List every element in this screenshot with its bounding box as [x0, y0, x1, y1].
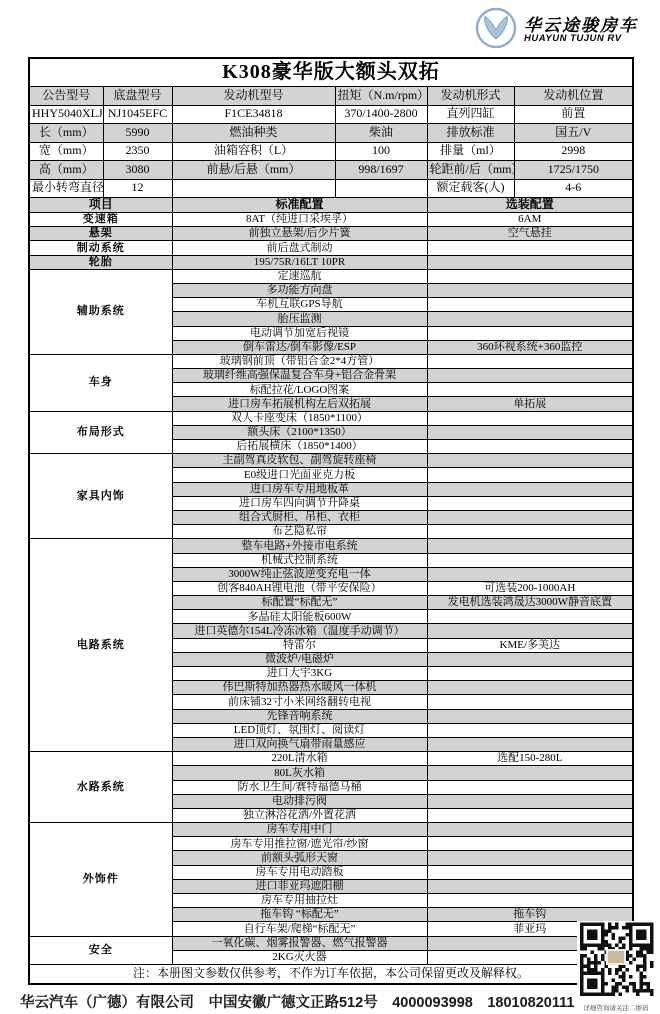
config-standard-cell: 玻璃钢前顶（带铝合金2*4方管） — [172, 354, 427, 368]
config-optional-cell — [427, 354, 633, 368]
config-standard-cell: 前额头弧形天窗 — [172, 851, 427, 865]
spec-value-cell: 370/1400-2800 — [335, 105, 427, 124]
spec-value-cell: 直列四缸 — [427, 105, 514, 124]
spec-value-cell — [335, 179, 427, 198]
page-title: K308豪华版大额头双拓 — [29, 58, 633, 87]
config-standard-cell: 电动调节加宽后视镜 — [172, 326, 427, 340]
config-standard-cell: LED顶灯、氛围灯、阅读灯 — [172, 723, 427, 737]
spec-value-cell: 高（mm） — [29, 161, 103, 180]
config-category: 制动系统 — [29, 241, 172, 255]
config-optional-cell — [427, 667, 633, 681]
config-standard-cell: 定速巡航 — [172, 269, 427, 283]
config-optional-cell — [427, 652, 633, 666]
spec-header-cell: 公告型号 — [29, 87, 103, 106]
config-optional-cell — [427, 440, 633, 454]
spec-value-cell: 燃油种类 — [172, 124, 335, 143]
spec-value-cell: 排放标准 — [427, 124, 514, 143]
config-category: 车身 — [29, 354, 172, 411]
config-optional-cell — [427, 681, 633, 695]
config-standard-cell: 进口房车专用地板革 — [172, 482, 427, 496]
spec-header-cell: 底盘型号 — [103, 87, 172, 106]
config-standard-cell: 多晶硅太阳能板600W — [172, 610, 427, 624]
config-category: 水路系统 — [29, 752, 172, 823]
config-optional-cell — [427, 865, 633, 879]
config-header-item: 项目 — [29, 198, 172, 213]
spec-value-cell: 1725/1750 — [514, 161, 633, 180]
config-optional-cell — [427, 496, 633, 510]
config-optional-cell — [427, 894, 633, 908]
config-optional-cell — [427, 383, 633, 397]
config-standard-cell: 组合式厨柜、吊柜、衣柜 — [172, 510, 427, 524]
config-standard-cell: 标配置“标配无” — [172, 596, 427, 610]
config-optional-cell — [427, 808, 633, 822]
config-optional-cell — [427, 624, 633, 638]
config-optional-cell: 空气悬挂 — [427, 227, 633, 241]
config-category: 变速箱 — [29, 213, 172, 227]
config-standard-cell: 进口房车四向调节升降桌 — [172, 496, 427, 510]
company-footer: 华云汽车（广德）有限公司 中国安徽广德文正路512号 4000093998 18… — [20, 991, 640, 1012]
config-optional-cell — [427, 610, 633, 624]
table-row: 最小转弯直径（m）12额定载客(人)4-6 — [29, 179, 633, 198]
table-row: 外饰件房车专用中门 — [29, 823, 633, 837]
config-standard-cell: 胎压监测 — [172, 312, 427, 326]
note-text: 注：本册图文参数仅供参考，不作为订车依据，本公司保留更改及解释权。 — [29, 964, 633, 984]
spec-value-cell: NJ1045EFC — [103, 105, 172, 124]
spec-value-cell: 长（mm） — [29, 124, 103, 143]
config-optional-cell — [427, 723, 633, 737]
table-row: 变速箱8AT（纯进口采埃孚）6AM — [29, 213, 633, 227]
spec-value-cell: 最小转弯直径（m） — [29, 179, 103, 198]
config-standard-cell: 进口菲亚玛遮阳棚 — [172, 879, 427, 893]
brand-logo: 华云途骏房车 HUAYUN TUJUN RV — [475, 7, 638, 54]
spec-value-cell: 排量（ml） — [427, 142, 514, 161]
config-standard-cell: 主副驾真皮软包、副驾旋转座椅 — [172, 454, 427, 468]
spec-value-cell: 前悬/后悬（mm） — [172, 161, 335, 180]
config-standard-cell: 先锋音响系统 — [172, 709, 427, 723]
config-category: 外饰件 — [29, 823, 172, 937]
config-optional-cell — [427, 269, 633, 283]
spec-table: K308豪华版大额头双拓 公告型号底盘型号发动机型号扭矩（N.m/rpm）发动机… — [28, 57, 634, 985]
table-row: 轮胎195/75R/16LT 10PR — [29, 255, 633, 269]
config-optional-cell — [427, 326, 633, 340]
config-optional-cell — [427, 312, 633, 326]
config-standard-cell: 80L灰水箱 — [172, 766, 427, 780]
spec-sheet-page: 华云途骏房车 HUAYUN TUJUN RV K308豪华版大额头双拓 公告型号… — [0, 0, 660, 1014]
config-optional-cell — [427, 879, 633, 893]
table-row: K308豪华版大额头双拓 — [29, 58, 633, 87]
table-row: 高（mm）3080前悬/后悬（mm）998/1697轮距前/后（mm）1725/… — [29, 161, 633, 180]
config-optional-cell — [427, 823, 633, 837]
config-category: 安全 — [29, 936, 172, 964]
table-row: HHY5040XLJCNJ1045EFCF1CE34818370/1400-28… — [29, 105, 633, 124]
spec-value-cell: 12 — [103, 179, 172, 198]
config-optional-cell — [427, 454, 633, 468]
spec-table-wrapper: K308豪华版大额头双拓 公告型号底盘型号发动机型号扭矩（N.m/rpm）发动机… — [28, 57, 632, 985]
config-standard-cell: 房车专用抽拉灶 — [172, 894, 427, 908]
config-standard-cell: 房车专用中门 — [172, 823, 427, 837]
spec-value-cell: 宽（mm） — [29, 142, 103, 161]
config-optional-cell — [427, 241, 633, 255]
config-optional-cell: KME/多美达 — [427, 638, 633, 652]
config-standard-cell: 倒车雷达/倒车影像/ESP — [172, 340, 427, 354]
config-optional-cell: 拖车钩 — [427, 908, 633, 922]
config-category: 电路系统 — [29, 539, 172, 752]
config-standard-cell: 自行车架/爬梯“标配无” — [172, 922, 427, 936]
config-standard-cell: 额头床（2100*1350） — [172, 425, 427, 439]
config-optional-cell — [427, 851, 633, 865]
config-standard-cell: E0级进口光面亚克力板 — [172, 468, 427, 482]
spec-header-cell: 发动机形式 — [427, 87, 514, 106]
spec-header-cell: 发动机位置 — [514, 87, 633, 106]
config-standard-cell: 车机互联GPS导航 — [172, 298, 427, 312]
main-table-body: K308豪华版大额头双拓 公告型号底盘型号发动机型号扭矩（N.m/rpm）发动机… — [29, 58, 633, 984]
table-row: 悬架前独立悬架/后少片簧空气悬挂 — [29, 227, 633, 241]
config-standard-cell: 前床铺32寸小米网络翻转电视 — [172, 695, 427, 709]
brand-name-cn: 华云途骏房车 — [524, 17, 638, 35]
spec-value-cell: 4-6 — [514, 179, 633, 198]
spec-value-cell: 2350 — [103, 142, 172, 161]
config-standard-cell: 标配拉花/LOGO图案 — [172, 383, 427, 397]
qr-code-icon — [577, 921, 655, 997]
config-optional-cell — [427, 794, 633, 808]
config-header-standard: 标准配置 — [172, 198, 427, 213]
config-optional-cell — [427, 709, 633, 723]
config-optional-cell — [427, 525, 633, 539]
config-standard-cell: 布艺隐私帘 — [172, 525, 427, 539]
spec-value-cell: 油箱容积（L） — [172, 142, 335, 161]
config-optional-cell: 发电机选装鸿晟达3000W静音底置 — [427, 596, 633, 610]
config-optional-cell: 360环视系统+360监控 — [427, 340, 633, 354]
spec-value-cell: 2998 — [514, 142, 633, 161]
config-optional-cell — [427, 737, 633, 751]
config-category: 悬架 — [29, 227, 172, 241]
config-optional-cell — [427, 482, 633, 496]
table-row: 布局形式双人卡座变床（1850*1100） — [29, 411, 633, 425]
config-standard-cell: 3000W纯正弦波逆变充电一体 — [172, 567, 427, 581]
config-standard-cell: 双人卡座变床（1850*1100） — [172, 411, 427, 425]
config-standard-cell: 195/75R/16LT 10PR — [172, 255, 427, 269]
config-standard-cell: 房车专用推拉窗/遮光帘/纱窗 — [172, 837, 427, 851]
table-row: 长（mm）5990燃油种类柴油排放标准国五/V — [29, 124, 633, 143]
config-standard-cell: 多功能方向盘 — [172, 283, 427, 297]
spec-value-cell: 额定载客(人) — [427, 179, 514, 198]
config-standard-cell: 一氧化碳、烟雾报警器、燃气报警器 — [172, 936, 427, 950]
config-standard-cell: 进口英德尔154L冷冻冰箱（温度手动调节） — [172, 624, 427, 638]
config-optional-cell — [427, 837, 633, 851]
config-standard-cell: 房车专用电动踏板 — [172, 865, 427, 879]
config-optional-cell — [427, 298, 633, 312]
config-standard-cell: 伟巴斯特加热器热水暖风一体机 — [172, 681, 427, 695]
spec-value-cell: 998/1697 — [335, 161, 427, 180]
config-standard-cell: 创客840AH锂电池（带平安保险） — [172, 581, 427, 595]
table-row: 辅助系统定速巡航 — [29, 269, 633, 283]
config-optional-cell: 单拓展 — [427, 397, 633, 411]
spec-value-cell: 5990 — [103, 124, 172, 143]
config-category: 布局形式 — [29, 411, 172, 454]
config-standard-cell: 特雷尔 — [172, 638, 427, 652]
spec-value-cell: 100 — [335, 142, 427, 161]
config-optional-cell — [427, 411, 633, 425]
table-row: 电路系统整车电路+外接市电系统 — [29, 539, 633, 553]
config-category: 轮胎 — [29, 255, 172, 269]
config-optional-cell — [427, 255, 633, 269]
table-row: 安全一氧化碳、烟雾报警器、燃气报警器 — [29, 936, 633, 950]
config-optional-cell — [427, 567, 633, 581]
qr-code-block: 详细咨询请关注二维码 — [576, 921, 656, 1012]
config-optional-cell — [427, 766, 633, 780]
table-row: 注：本册图文参数仅供参考，不作为订车依据，本公司保留更改及解释权。 — [29, 964, 633, 984]
config-standard-cell: 电动排污阀 — [172, 794, 427, 808]
config-standard-cell: 后拓展横床（1850*1400） — [172, 440, 427, 454]
config-optional-cell — [427, 283, 633, 297]
config-optional-cell — [427, 468, 633, 482]
table-row: 制动系统前后盘式制动 — [29, 241, 633, 255]
table-row: 公告型号底盘型号发动机型号扭矩（N.m/rpm）发动机形式发动机位置 — [29, 87, 633, 106]
config-standard-cell: 整车电路+外接市电系统 — [172, 539, 427, 553]
table-row: 水路系统220L清水箱选配150-280L — [29, 752, 633, 766]
wing-circle-icon — [475, 7, 517, 54]
spec-value-cell: 轮距前/后（mm） — [427, 161, 514, 180]
config-optional-cell: 6AM — [427, 213, 633, 227]
config-standard-cell: 机械式控制系统 — [172, 553, 427, 567]
table-row: 家具内饰主副驾真皮软包、副驾旋转座椅 — [29, 454, 633, 468]
spec-value-cell: 3080 — [103, 161, 172, 180]
config-optional-cell — [427, 553, 633, 567]
config-category: 辅助系统 — [29, 269, 172, 354]
spec-value-cell: 国五/V — [514, 124, 633, 143]
config-standard-cell: 进口大宇3KG — [172, 667, 427, 681]
config-standard-cell: 玻璃纤维高强保温复合车身+铝合金骨架 — [172, 369, 427, 383]
config-standard-cell: 220L清水箱 — [172, 752, 427, 766]
config-standard-cell: 拖车钩 “标配无” — [172, 908, 427, 922]
config-optional-cell: 可选装200-1000AH — [427, 581, 633, 595]
qr-caption: 详细咨询请关注二维码 — [576, 1003, 656, 1012]
table-row: 车身玻璃钢前顶（带铝合金2*4方管） — [29, 354, 633, 368]
config-standard-cell: 防水卫生间/赛特福德马桶 — [172, 780, 427, 794]
config-standard-cell: 前后盘式制动 — [172, 241, 427, 255]
config-optional-cell — [427, 695, 633, 709]
brand-name-en: HUAYUN TUJUN RV — [524, 34, 638, 44]
config-optional-cell — [427, 539, 633, 553]
config-standard-cell: 独立淋浴花洒/外置花洒 — [172, 808, 427, 822]
config-standard-cell: 微波炉/电磁炉 — [172, 652, 427, 666]
config-category: 家具内饰 — [29, 454, 172, 539]
spec-value-cell: F1CE34818 — [172, 105, 335, 124]
config-optional-cell: 选配150-280L — [427, 752, 633, 766]
config-standard-cell: 进口双向换气扇带雨量感应 — [172, 737, 427, 751]
spec-header-cell: 发动机型号 — [172, 87, 335, 106]
config-standard-cell: 前独立悬架/后少片簧 — [172, 227, 427, 241]
spec-value-cell — [172, 179, 335, 198]
spec-value-cell: 前置 — [514, 105, 633, 124]
config-standard-cell: 进口房车拓展机构左后双拓展 — [172, 397, 427, 411]
config-header-optional: 选装配置 — [427, 198, 633, 213]
spec-value-cell: HHY5040XLJC — [29, 105, 103, 124]
config-optional-cell — [427, 425, 633, 439]
config-optional-cell — [427, 510, 633, 524]
config-optional-cell — [427, 780, 633, 794]
spec-value-cell: 柴油 — [335, 124, 427, 143]
config-standard-cell: 8AT（纯进口采埃孚） — [172, 213, 427, 227]
spec-header-cell: 扭矩（N.m/rpm） — [335, 87, 427, 106]
table-row: 项目标准配置选装配置 — [29, 198, 633, 213]
config-optional-cell — [427, 369, 633, 383]
config-standard-cell: 2KG灭火器 — [172, 950, 427, 964]
table-row: 宽（mm）2350油箱容积（L）100排量（ml）2998 — [29, 142, 633, 161]
